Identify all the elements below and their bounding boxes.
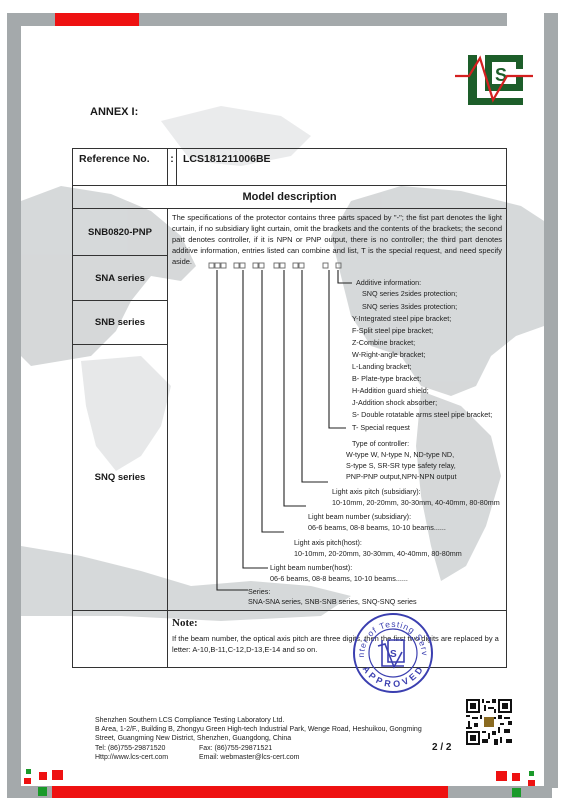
beam-sub-title: Light beam number (subsidiary): <box>308 512 411 522</box>
approved-stamp: Center of Testing Service APPROVED S <box>352 612 434 694</box>
series-row-snb: SNB series <box>73 300 168 344</box>
controller-line: W-type W, N-type N, ND-type ND, <box>346 450 454 460</box>
additive-item: F-Split steel pipe bracket; <box>352 326 433 336</box>
frame-left-border <box>7 13 21 788</box>
axis-host-values: 10-10mm, 20-20mm, 30-30mm, 40-40mm, 80-8… <box>294 549 462 559</box>
footer-website[interactable]: Http://www.lcs-cert.com <box>95 753 199 762</box>
model-description-table: Reference No. : LCS181211006BE Model des… <box>72 148 507 668</box>
axis-host-title: Light axis pitch(host): <box>294 538 362 548</box>
page-number: 2 / 2 <box>432 742 451 753</box>
additive-item: Z-Combine bracket; <box>352 338 415 348</box>
deco-square <box>38 787 47 796</box>
additive-item: SNQ series 3sides protection; <box>362 302 457 312</box>
additive-item: T- Special request <box>352 423 410 433</box>
svg-text:S: S <box>495 65 507 85</box>
additive-item: W-Right-angle bracket; <box>352 350 425 360</box>
additive-item: L-Landing bracket; <box>352 362 412 372</box>
reference-row: Reference No. : LCS181211006BE <box>73 149 507 186</box>
controller-line: S-type S, SR-SR type safety relay, <box>346 461 456 471</box>
model-name: SNB0820-PNP <box>73 209 168 256</box>
model-code-diagram: Additive information: SNQ series 2sides … <box>168 256 506 600</box>
frame-bottom-red-accent <box>52 786 448 798</box>
beam-host-values: 06-6 beams, 08-8 beams, 10-10 beams.....… <box>270 574 408 584</box>
series-values: SNA-SNA series, SNB-SNB series, SNQ-SNQ … <box>248 596 417 607</box>
note-cell: Note: If the beam number, the optical ax… <box>168 611 507 668</box>
footer-address-1: B Area, 1-2/F., Building B, Zhongyu Gree… <box>95 725 422 734</box>
footer-fax: Fax: (86)755-29871521 <box>199 745 272 752</box>
additive-item: S- Double rotatable arms steel pipe brac… <box>352 410 492 420</box>
footer-company: Shenzhen Southern LCS Compliance Testing… <box>95 716 422 725</box>
additive-title: Additive information: <box>356 278 421 288</box>
axis-sub-title: Light axis pitch (subsidiary): <box>332 487 421 497</box>
footer-tel: Tel: (86)755-29871520 <box>95 744 199 753</box>
controller-line: PNP-PNP output,NPN-NPN output <box>346 472 457 482</box>
additive-item: B- Plate-type bracket; <box>352 374 421 384</box>
footer-address-2: Street, Guangming New District, Shenzhen… <box>95 734 422 743</box>
footer-email[interactable]: Email: webmaster@lcs-cert.com <box>199 754 299 761</box>
lcs-logo: S <box>455 52 533 110</box>
beam-sub-values: 06-6 beams, 08-8 beams, 10-10 beams.....… <box>308 523 446 533</box>
additive-item: Y-Integrated steel pipe bracket; <box>352 314 451 324</box>
svg-text:S: S <box>390 649 397 660</box>
reference-label: Reference No. <box>73 149 168 186</box>
series-row-sna: SNA series <box>73 256 168 300</box>
footer-contact: Shenzhen Southern LCS Compliance Testing… <box>95 716 422 762</box>
axis-sub-values: 10-10mm, 20-20mm, 30-30mm, 40-40mm, 80-8… <box>332 498 500 508</box>
additive-item: H-Addition guard shield; <box>352 386 429 396</box>
beam-host-title: Light beam number(host): <box>270 563 352 573</box>
note-text: If the beam number, the optical axis pit… <box>172 633 502 655</box>
specification-text: The specifications of the protector cont… <box>168 209 506 256</box>
note-title: Note: <box>172 617 502 629</box>
annex-title: ANNEX I: <box>90 106 138 118</box>
qr-code[interactable] <box>466 699 512 745</box>
model-description-heading: Model description <box>73 186 507 209</box>
frame-top-red-accent <box>55 13 139 26</box>
deco-square <box>512 788 521 797</box>
series-row-snq: SNQ series <box>73 345 168 611</box>
additive-item: SNQ series 2sides protection; <box>362 289 457 299</box>
additive-item: J-Addition shock absorber; <box>352 398 437 408</box>
reference-separator: : <box>168 149 177 186</box>
controller-title: Type of controller: <box>352 439 409 449</box>
note-left-cell <box>73 611 168 668</box>
reference-value: LCS181211006BE <box>177 149 507 186</box>
